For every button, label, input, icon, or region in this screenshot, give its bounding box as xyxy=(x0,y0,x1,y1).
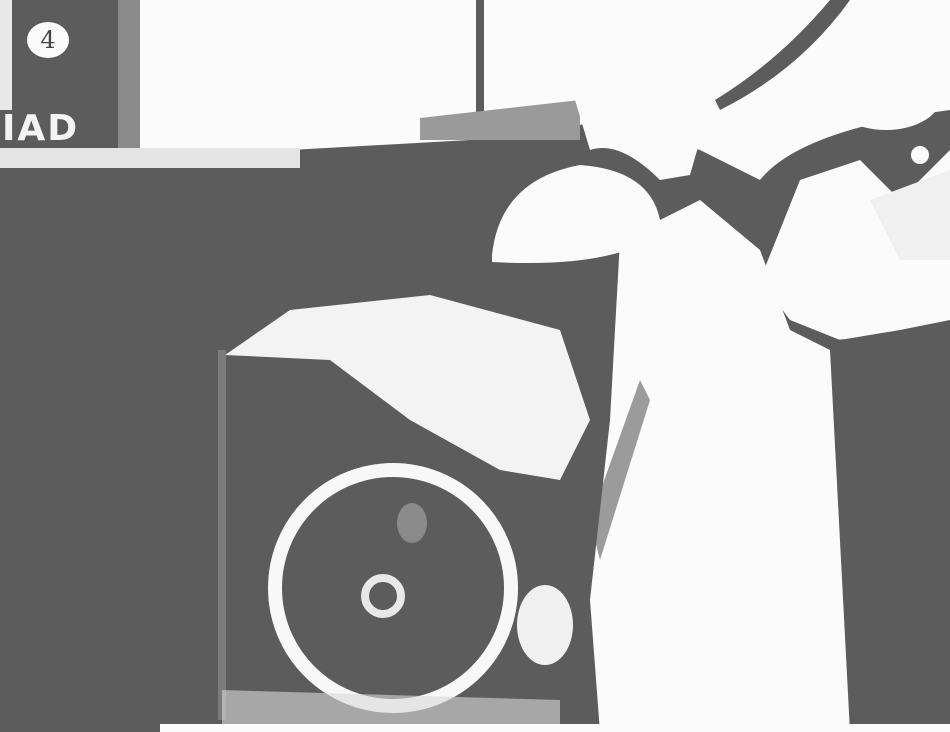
wheel xyxy=(275,470,511,706)
worker-2-cap xyxy=(830,60,942,130)
sign-text: IAD xyxy=(2,108,79,149)
machine-hood xyxy=(225,295,590,480)
pillar-edge xyxy=(118,0,140,150)
shelf xyxy=(0,148,300,168)
wheel-hub xyxy=(365,578,401,614)
photograph: 4 IAD xyxy=(0,0,950,732)
photo-scene xyxy=(0,0,950,732)
photo-number-badge: 4 xyxy=(27,22,69,58)
